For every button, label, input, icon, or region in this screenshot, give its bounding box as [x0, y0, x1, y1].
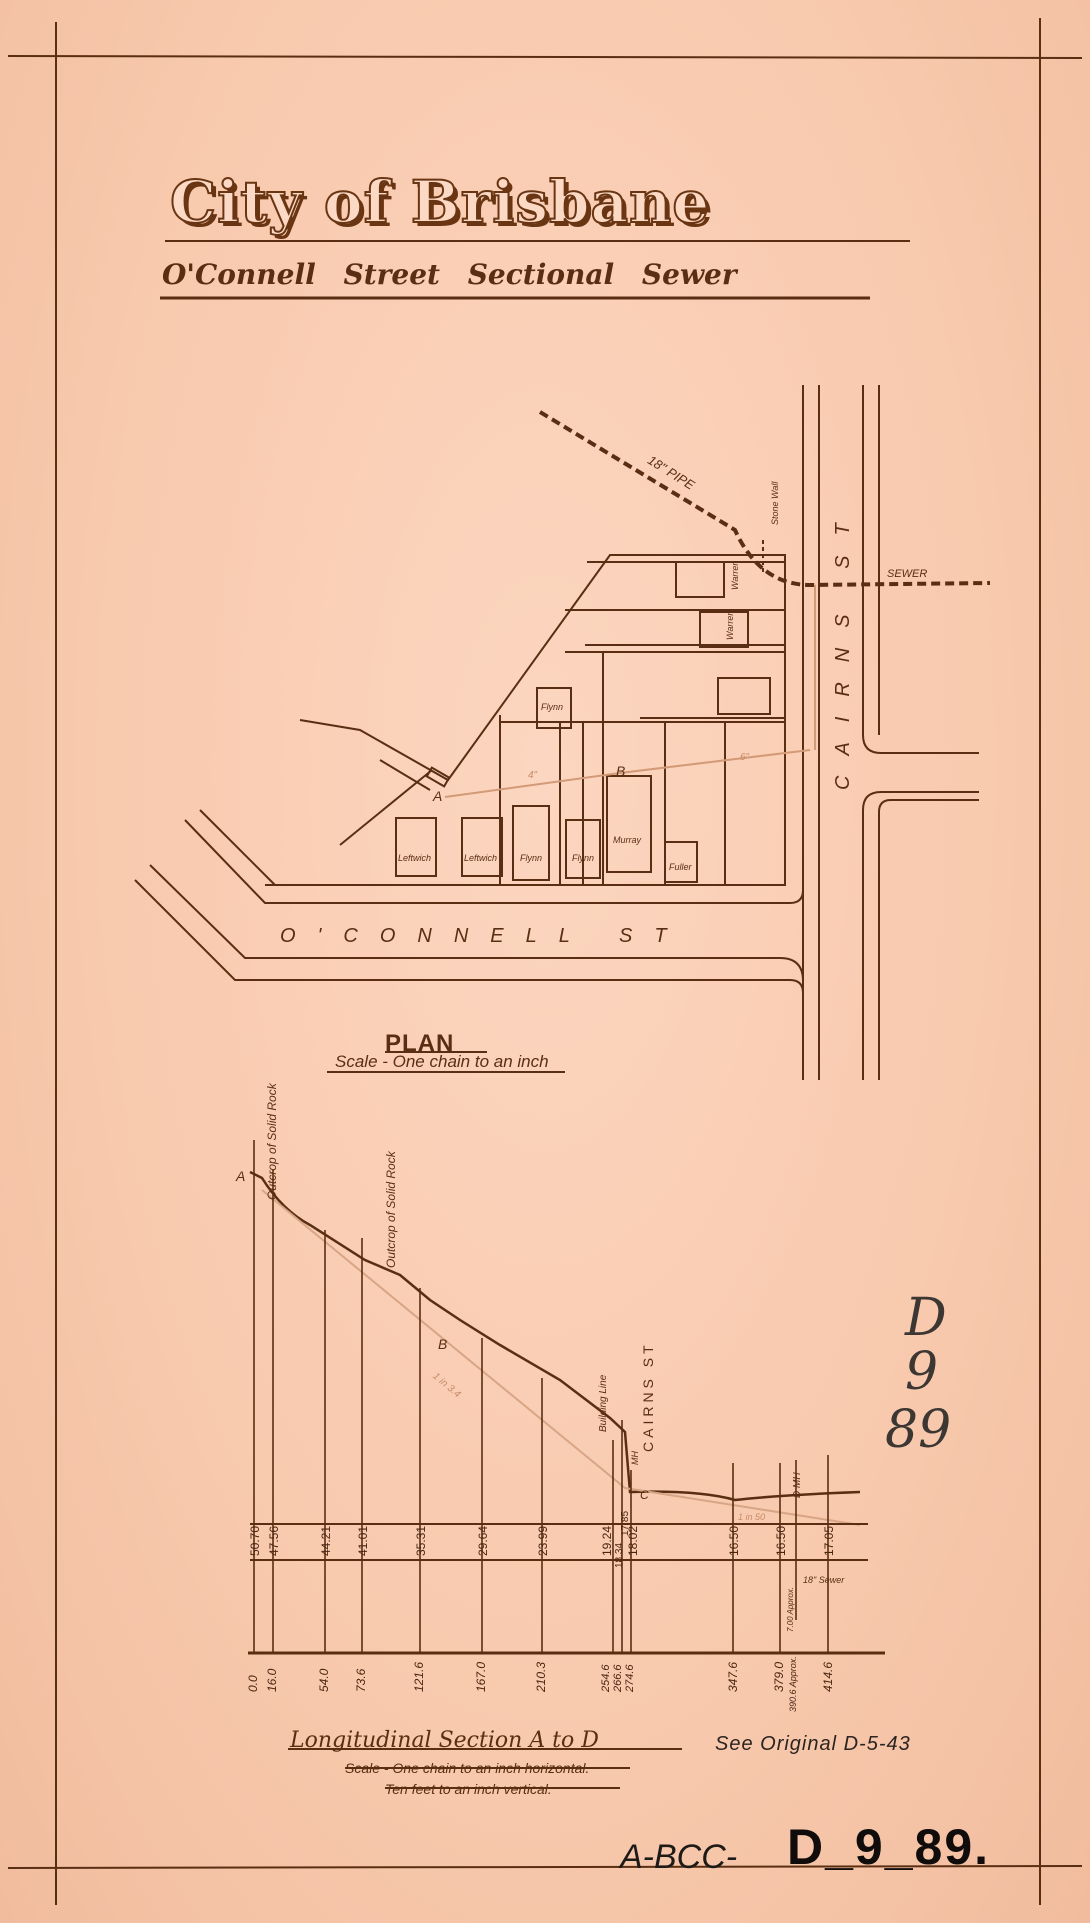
level-value: 19.24 — [600, 1526, 614, 1556]
pencil-ref-number: 89 — [885, 1400, 951, 1460]
pencil-ref-digit: 9 — [905, 1342, 938, 1402]
catalogue-prefix: A-BCC- — [620, 1838, 737, 1877]
section-cairns-label: CAIRNS ST — [640, 1341, 656, 1452]
level-value: 17.05 — [822, 1526, 836, 1556]
cairns-street-label: CAIRNS ST — [832, 503, 855, 790]
level-value: 16.50 — [774, 1526, 788, 1556]
grade-label: 1 in 50 — [738, 1512, 765, 1522]
sewer-18-label: 18" Sewer — [803, 1575, 844, 1585]
level-value: 23.99 — [536, 1526, 550, 1556]
section-point-b: B — [438, 1336, 447, 1352]
manhole-d-label: D MH — [792, 1472, 803, 1498]
level-value: 44.21 — [319, 1526, 333, 1556]
level-value: 18.34 — [614, 1543, 625, 1568]
level-value: 50.70 — [248, 1526, 262, 1556]
owner-label: Flynn — [520, 853, 542, 863]
chainage-value: 379.0 — [772, 1662, 786, 1692]
chainage-value: 167.0 — [474, 1662, 488, 1692]
section-scale-vertical: Ten feet to an inch vertical. — [385, 1781, 552, 1797]
owner-label: Flynn — [541, 702, 563, 712]
level-value: 18.02 — [626, 1526, 640, 1556]
section-point-c: C — [640, 1488, 649, 1502]
owner-label: Leftwich — [398, 853, 431, 863]
level-value: 16.50 — [727, 1526, 741, 1556]
point-a-label: A — [433, 788, 442, 804]
point-b-label: B — [616, 763, 625, 779]
level-value: 35.31 — [414, 1526, 428, 1556]
chainage-value: 16.0 — [265, 1669, 279, 1692]
chainage-value: 73.6 — [354, 1669, 368, 1692]
owner-label: Warren — [725, 611, 735, 640]
chainage-value: 274.6 — [624, 1664, 636, 1692]
pipe-size-4in: 4" — [528, 770, 537, 781]
outcrop-label: Outcrop of Solid Rock — [265, 1083, 279, 1200]
chainage-value: 347.6 — [726, 1662, 740, 1692]
sewer-label: SEWER — [887, 568, 927, 580]
oconnell-street-label: O'CONNELL ST — [280, 925, 689, 948]
owner-label: Murray — [613, 835, 641, 845]
stone-wall-label: Stone Wall — [770, 482, 780, 525]
chainage-value: 210.3 — [534, 1662, 548, 1692]
level-value: 29.64 — [476, 1526, 490, 1556]
see-original-note: See Original D-5-43 — [715, 1733, 911, 1756]
manhole-c-label: MH — [630, 1451, 640, 1465]
level-value: 47.56 — [267, 1526, 281, 1556]
outcrop-label: Outcrop of Solid Rock — [384, 1151, 398, 1268]
chainage-value: 254.6 — [600, 1664, 612, 1692]
border-top — [8, 56, 1082, 58]
chainage-value: 266.6 — [612, 1664, 624, 1692]
page-subtitle: O'Connell Street Sectional Sewer — [162, 258, 737, 291]
level-value: 41.01 — [356, 1526, 370, 1556]
pencil-ref-letter: D — [905, 1288, 947, 1348]
section-scale-horizontal: Scale - One chain to an inch horizontal. — [345, 1760, 589, 1776]
owner-label: Flynn — [572, 853, 594, 863]
owner-label: Warren — [730, 561, 740, 590]
chainage-value: 414.6 — [821, 1662, 835, 1692]
approx-label: 7.00 Approx. — [786, 1587, 795, 1632]
chainage-value: 54.0 — [317, 1669, 331, 1692]
plan-scale: Scale - One chain to an inch — [335, 1052, 549, 1072]
chainage-value: 121.6 — [412, 1662, 426, 1692]
owner-label: Leftwich — [464, 853, 497, 863]
building-line-label: Building Line — [598, 1375, 609, 1432]
catalogue-number: D_9_89. — [787, 1818, 990, 1876]
chainage-value: 0.0 — [246, 1675, 260, 1692]
pipe-size-6in: 6" — [740, 752, 749, 763]
chainage-value: 390.6 Approx. — [788, 1656, 798, 1712]
section-title: Longitudinal Section A to D — [290, 1728, 599, 1753]
owner-label: Fuller — [669, 862, 692, 872]
page-title: City of Brisbane — [170, 168, 710, 236]
section-point-a: A — [236, 1168, 245, 1184]
